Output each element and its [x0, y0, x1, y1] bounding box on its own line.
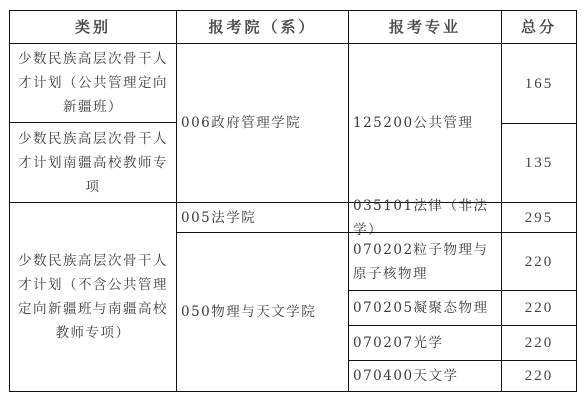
- major-cell-particle-physics: 070202粒子物理与原子核物理: [348, 232, 502, 291]
- header-score: 总分: [501, 10, 577, 44]
- major-cell-public-management: 125200公共管理: [348, 43, 502, 203]
- category-cell-general: 少数民族高层次骨干人才计划（不含公共管理定向新疆班与南疆高校教师专项）: [9, 202, 177, 392]
- admission-score-table: 类别 报考院（系） 报考专业 总分 少数民族高层次骨干人才计划（公共管理定向新疆…: [9, 10, 577, 392]
- score-cell: 220: [501, 290, 577, 326]
- college-cell-law: 005法学院: [176, 202, 349, 233]
- header-category: 类别: [9, 10, 177, 44]
- score-cell: 295: [501, 202, 577, 233]
- score-cell: 165: [501, 43, 577, 124]
- category-cell-south-xinjiang-teachers: 少数民族高层次骨干人才计划南疆高校教师专项: [9, 122, 177, 203]
- major-cell-astronomy: 070400天文学: [348, 360, 502, 392]
- major-cell-optics: 070207光学: [348, 325, 502, 361]
- category-cell-xinjiang-class: 少数民族高层次骨干人才计划（公共管理定向新疆班）: [9, 43, 177, 123]
- score-cell: 220: [501, 232, 577, 291]
- college-cell-government-management: 006政府管理学院: [176, 43, 349, 203]
- major-cell-law: 035101法律（非法学）: [348, 202, 502, 233]
- college-cell-physics-astronomy: 050物理与天文学院: [176, 232, 349, 392]
- major-cell-condensed-matter: 070205凝聚态物理: [348, 290, 502, 326]
- score-cell: 135: [501, 123, 577, 203]
- score-cell: 220: [501, 360, 577, 392]
- score-cell: 220: [501, 325, 577, 361]
- header-college: 报考院（系）: [176, 10, 349, 44]
- header-major: 报考专业: [348, 10, 502, 44]
